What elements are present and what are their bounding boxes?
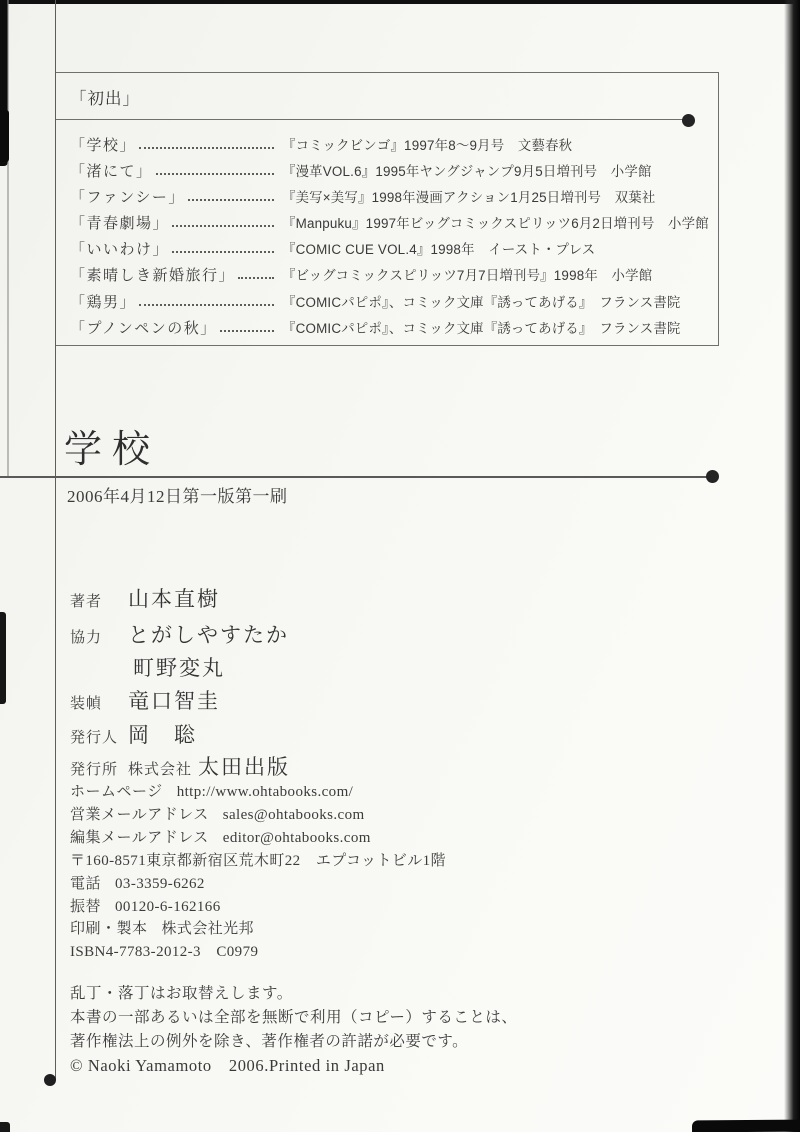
- publication-box-bottom-rule: [56, 345, 719, 346]
- publication-box-right-rule: [718, 72, 719, 346]
- publication-title: 「プノンペンの秋」: [70, 317, 217, 338]
- contact-label: ホームページ: [70, 780, 163, 801]
- publication-detail: 『COMICパピポ』、コミック文庫『誘ってあげる』 フランス書院: [282, 292, 681, 311]
- scan-edge-left-blob: [0, 1122, 10, 1132]
- credit-row-publisher-person: 発行人 岡 聡: [70, 719, 197, 749]
- line-end-dot: [706, 470, 719, 483]
- notice-line: 乱丁・落丁はお取替えします。: [70, 981, 293, 1003]
- publication-row: 「ファンシー」 『美写×美写』1998年漫画アクション1月25日増刊号 双葉社: [70, 186, 718, 212]
- publication-detail: 『ビッグコミックスピリッツ7月7日増刊号』1998年 小学館: [282, 265, 652, 284]
- scan-edge-right: [784, 0, 800, 1132]
- contact-row-address: 〒160-8571東京都新宿区荒木町22 エプコットビル1階: [70, 849, 446, 870]
- editorial-email: editor@ohtabooks.com: [223, 830, 371, 847]
- sales-email: sales@ohtabooks.com: [223, 807, 365, 824]
- scan-edge-bottom-right: [692, 1120, 800, 1132]
- credit-value: 町野変丸: [133, 652, 225, 682]
- leader-dots: [172, 225, 274, 227]
- publication-box-top-rule: [56, 72, 719, 73]
- credit-value: 竜口智圭: [128, 685, 220, 715]
- colophon-page-scan: 「初出」 「学校」 『コミックビンゴ』1997年8～9月号 文藝春秋 「渚にて」…: [0, 0, 800, 1132]
- contact-row-sales-email: 営業メールアドレス sales@ohtabooks.com: [70, 803, 365, 824]
- scan-edge-left-line: [7, 0, 9, 478]
- postal-transfer-number: 00120-6-162166: [115, 899, 221, 916]
- publication-title: 「素晴しき新婚旅行」: [70, 264, 235, 285]
- book-title: 学校: [64, 418, 160, 473]
- publication-row: 「いいわけ」 『COMIC CUE VOL.4』1998年 イースト・プレス: [70, 238, 718, 264]
- publication-detail: 『漫革VOL.6』1995年ヤングジャンプ9月5日増刊号 小学館: [282, 161, 652, 180]
- copyright-line: © Naoki Yamamoto 2006.Printed in Japan: [70, 1052, 385, 1076]
- scan-edge-left-blob: [0, 612, 6, 704]
- edition-line: 2006年4月12日第一版第一刷: [67, 482, 288, 507]
- publication-title: 「ファンシー」: [70, 186, 185, 207]
- credit-label: 発行人: [70, 726, 128, 747]
- credit-row-publisher: 発行所 株式会社 太田出版: [70, 751, 290, 781]
- contact-label: 編集メールアドレス: [70, 826, 209, 847]
- leader-dots: [220, 330, 274, 332]
- publication-detail: 『美写×美写』1998年漫画アクション1月25日増刊号 双葉社: [282, 187, 655, 206]
- leader-dots: [139, 147, 274, 149]
- contact-label: 振替: [70, 895, 101, 916]
- phone-number: 03-3359-6262: [115, 876, 205, 893]
- credit-value: 山本直樹: [128, 583, 220, 613]
- publication-row: 「学校」 『コミックビンゴ』1997年8～9月号 文藝春秋: [70, 134, 718, 160]
- credit-label: 発行所: [70, 758, 128, 779]
- publication-row: 「素晴しき新婚旅行」 『ビッグコミックスピリッツ7月7日増刊号』1998年 小学…: [70, 264, 718, 290]
- publication-row: 「渚にて」 『漫革VOL.6』1995年ヤングジャンプ9月5日増刊号 小学館: [70, 160, 718, 186]
- credit-label: 著者: [70, 590, 128, 611]
- contact-row-printing: 印刷・製本 株式会社光邦: [70, 917, 254, 938]
- contact-row-isbn: ISBN4-7783-2012-3 C0979: [70, 940, 258, 961]
- credit-row-design: 装幀 竜口智圭: [70, 685, 220, 715]
- publication-title: 「渚にて」: [70, 160, 153, 181]
- contact-row-editorial-email: 編集メールアドレス editor@ohtabooks.com: [70, 826, 371, 847]
- publication-title: 「学校」: [70, 134, 136, 155]
- publication-detail: 『COMICパピポ』、コミック文庫『誘ってあげる』 フランス書院: [282, 318, 681, 337]
- title-divider-rule: [0, 476, 710, 478]
- credit-value: 太田出版: [198, 751, 290, 781]
- publication-row: 「青春劇場」 『Manpuku』1997年ビッグコミックスピリッツ6月2日増刊号…: [70, 212, 718, 238]
- credit-row-author: 著者 山本直樹: [70, 583, 220, 613]
- leader-dots: [172, 251, 274, 253]
- credit-row-cooperation-2: 町野変丸: [70, 652, 225, 682]
- vertical-rule: [55, 0, 56, 1080]
- contact-row-homepage: ホームページ http://www.ohtabooks.com/: [70, 780, 353, 801]
- publisher-company-prefix: 株式会社: [128, 758, 192, 779]
- notice-line: 著作権法上の例外を除き、著作権者の許諾が必要です。: [70, 1029, 468, 1051]
- contact-label: 印刷・製本: [70, 917, 148, 938]
- publication-row: 「鶏男」 『COMICパピポ』、コミック文庫『誘ってあげる』 フランス書院: [70, 291, 718, 317]
- publication-detail: 『Manpuku』1997年ビッグコミックスピリッツ6月2日増刊号 小学館: [282, 213, 709, 232]
- leader-dots: [238, 277, 274, 279]
- isbn-code: ISBN4-7783-2012-3 C0979: [70, 940, 258, 961]
- publication-title: 「青春劇場」: [70, 212, 169, 233]
- leader-dots: [188, 199, 274, 201]
- publication-title: 「いいわけ」: [70, 238, 169, 259]
- credit-label: 協力: [70, 626, 128, 647]
- printing-company: 株式会社光邦: [162, 917, 254, 938]
- contact-label: 電話: [70, 872, 101, 893]
- line-end-dot: [44, 1074, 56, 1086]
- publication-title: 「鶏男」: [70, 291, 136, 312]
- scan-edge-top: [0, 0, 800, 4]
- publication-detail: 『コミックビンゴ』1997年8～9月号 文藝春秋: [282, 135, 572, 154]
- leader-dots: [156, 173, 274, 175]
- credit-value: 岡 聡: [128, 719, 197, 749]
- leader-dots: [139, 304, 274, 306]
- notice-line: 本書の一部あるいは全部を無断で利用（コピー）することは、: [70, 1005, 517, 1027]
- publication-detail: 『COMIC CUE VOL.4』1998年 イースト・プレス: [282, 239, 595, 258]
- first-publication-list: 「学校」 『コミックビンゴ』1997年8～9月号 文藝春秋 「渚にて」 『漫革V…: [70, 134, 718, 343]
- scan-edge-left-blob: [0, 110, 9, 162]
- publication-row: 「プノンペンの秋」 『COMICパピポ』、コミック文庫『誘ってあげる』 フランス…: [70, 317, 718, 343]
- credit-label: 装幀: [70, 692, 128, 713]
- section-heading: 「初出」: [70, 85, 140, 109]
- credit-row-cooperation: 協力 とがしやすたか: [70, 619, 289, 649]
- line-end-dot: [682, 114, 695, 127]
- contact-row-postal-transfer: 振替 00120-6-162166: [70, 895, 221, 916]
- credit-value: とがしやすたか: [128, 619, 289, 649]
- contact-row-phone: 電話 03-3359-6262: [70, 872, 205, 893]
- contact-label: 営業メールアドレス: [70, 803, 209, 824]
- publisher-address: 〒160-8571東京都新宿区荒木町22 エプコットビル1階: [70, 849, 446, 870]
- heading-underline-rule: [56, 119, 684, 120]
- homepage-url: http://www.ohtabooks.com/: [177, 784, 354, 801]
